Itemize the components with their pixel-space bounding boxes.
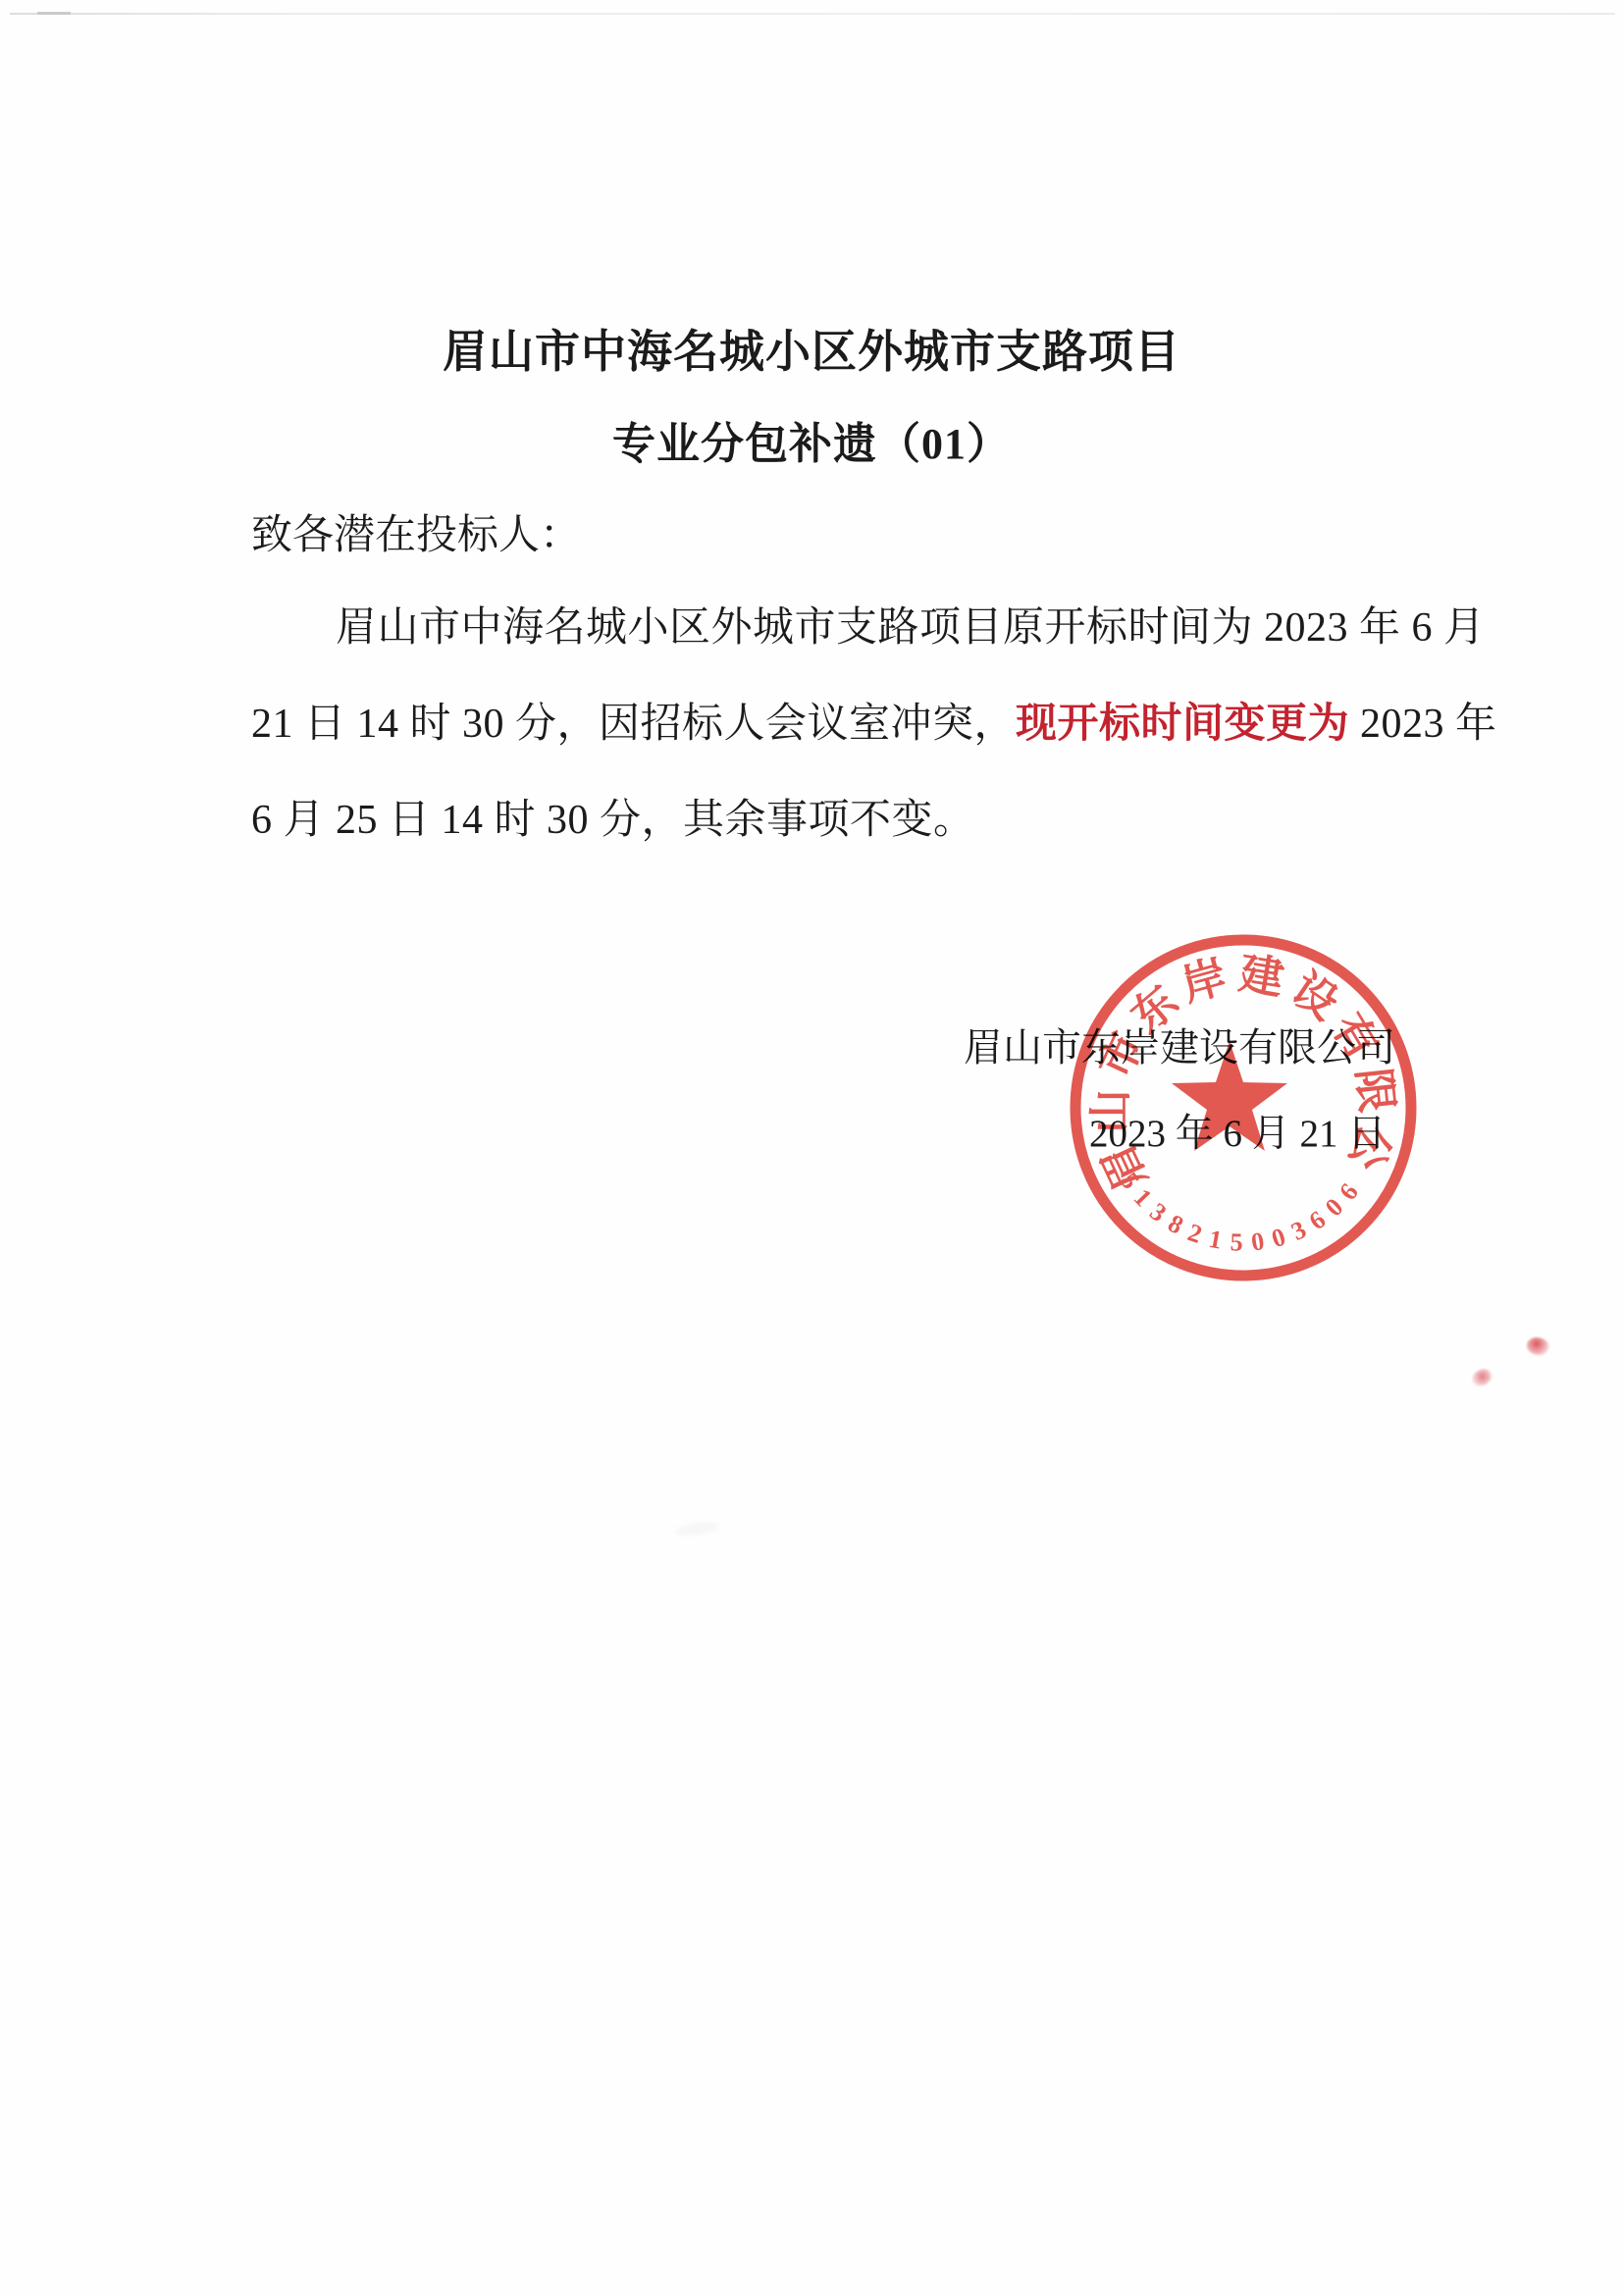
paragraph-line-3: 6 月 25 日 14 时 30 分，其余事项不变。 <box>251 787 975 846</box>
document-title: 眉山市中海名城小区外城市支路项目 <box>0 316 1623 381</box>
ink-speck <box>1524 1333 1551 1359</box>
document-subtitle: 专业分包补遗（01） <box>0 408 1623 471</box>
paragraph-line-2-before: 21 日 14 时 30 分，因招标人会议室冲突， <box>251 702 1016 747</box>
company-stamp-seal: 眉山市东岸建设有限公司 5138215003606 <box>1052 916 1435 1299</box>
salutation: 致各潜在投标人： <box>251 502 581 561</box>
scan-artifact-dash <box>37 12 71 15</box>
scan-artifact-line <box>10 13 1615 15</box>
ink-speck <box>1470 1368 1492 1388</box>
stamp-star-icon <box>1172 1041 1287 1151</box>
paragraph-line-2-after: 2023 年 <box>1349 702 1497 747</box>
document-page: 眉山市中海名城小区外城市支路项目 专业分包补遗（01） 致各潜在投标人： 眉山市… <box>0 0 1623 2296</box>
changed-bid-time-highlight: 现开标时间变更为 <box>1016 702 1349 747</box>
paragraph-line-2: 21 日 14 时 30 分，因招标人会议室冲突，现开标时间变更为 2023 年 <box>251 691 1497 750</box>
paragraph-line-1: 眉山市中海名城小区外城市支路项目原开标时间为 2023 年 6 月 <box>251 595 1486 653</box>
scan-smudge <box>674 1520 720 1538</box>
